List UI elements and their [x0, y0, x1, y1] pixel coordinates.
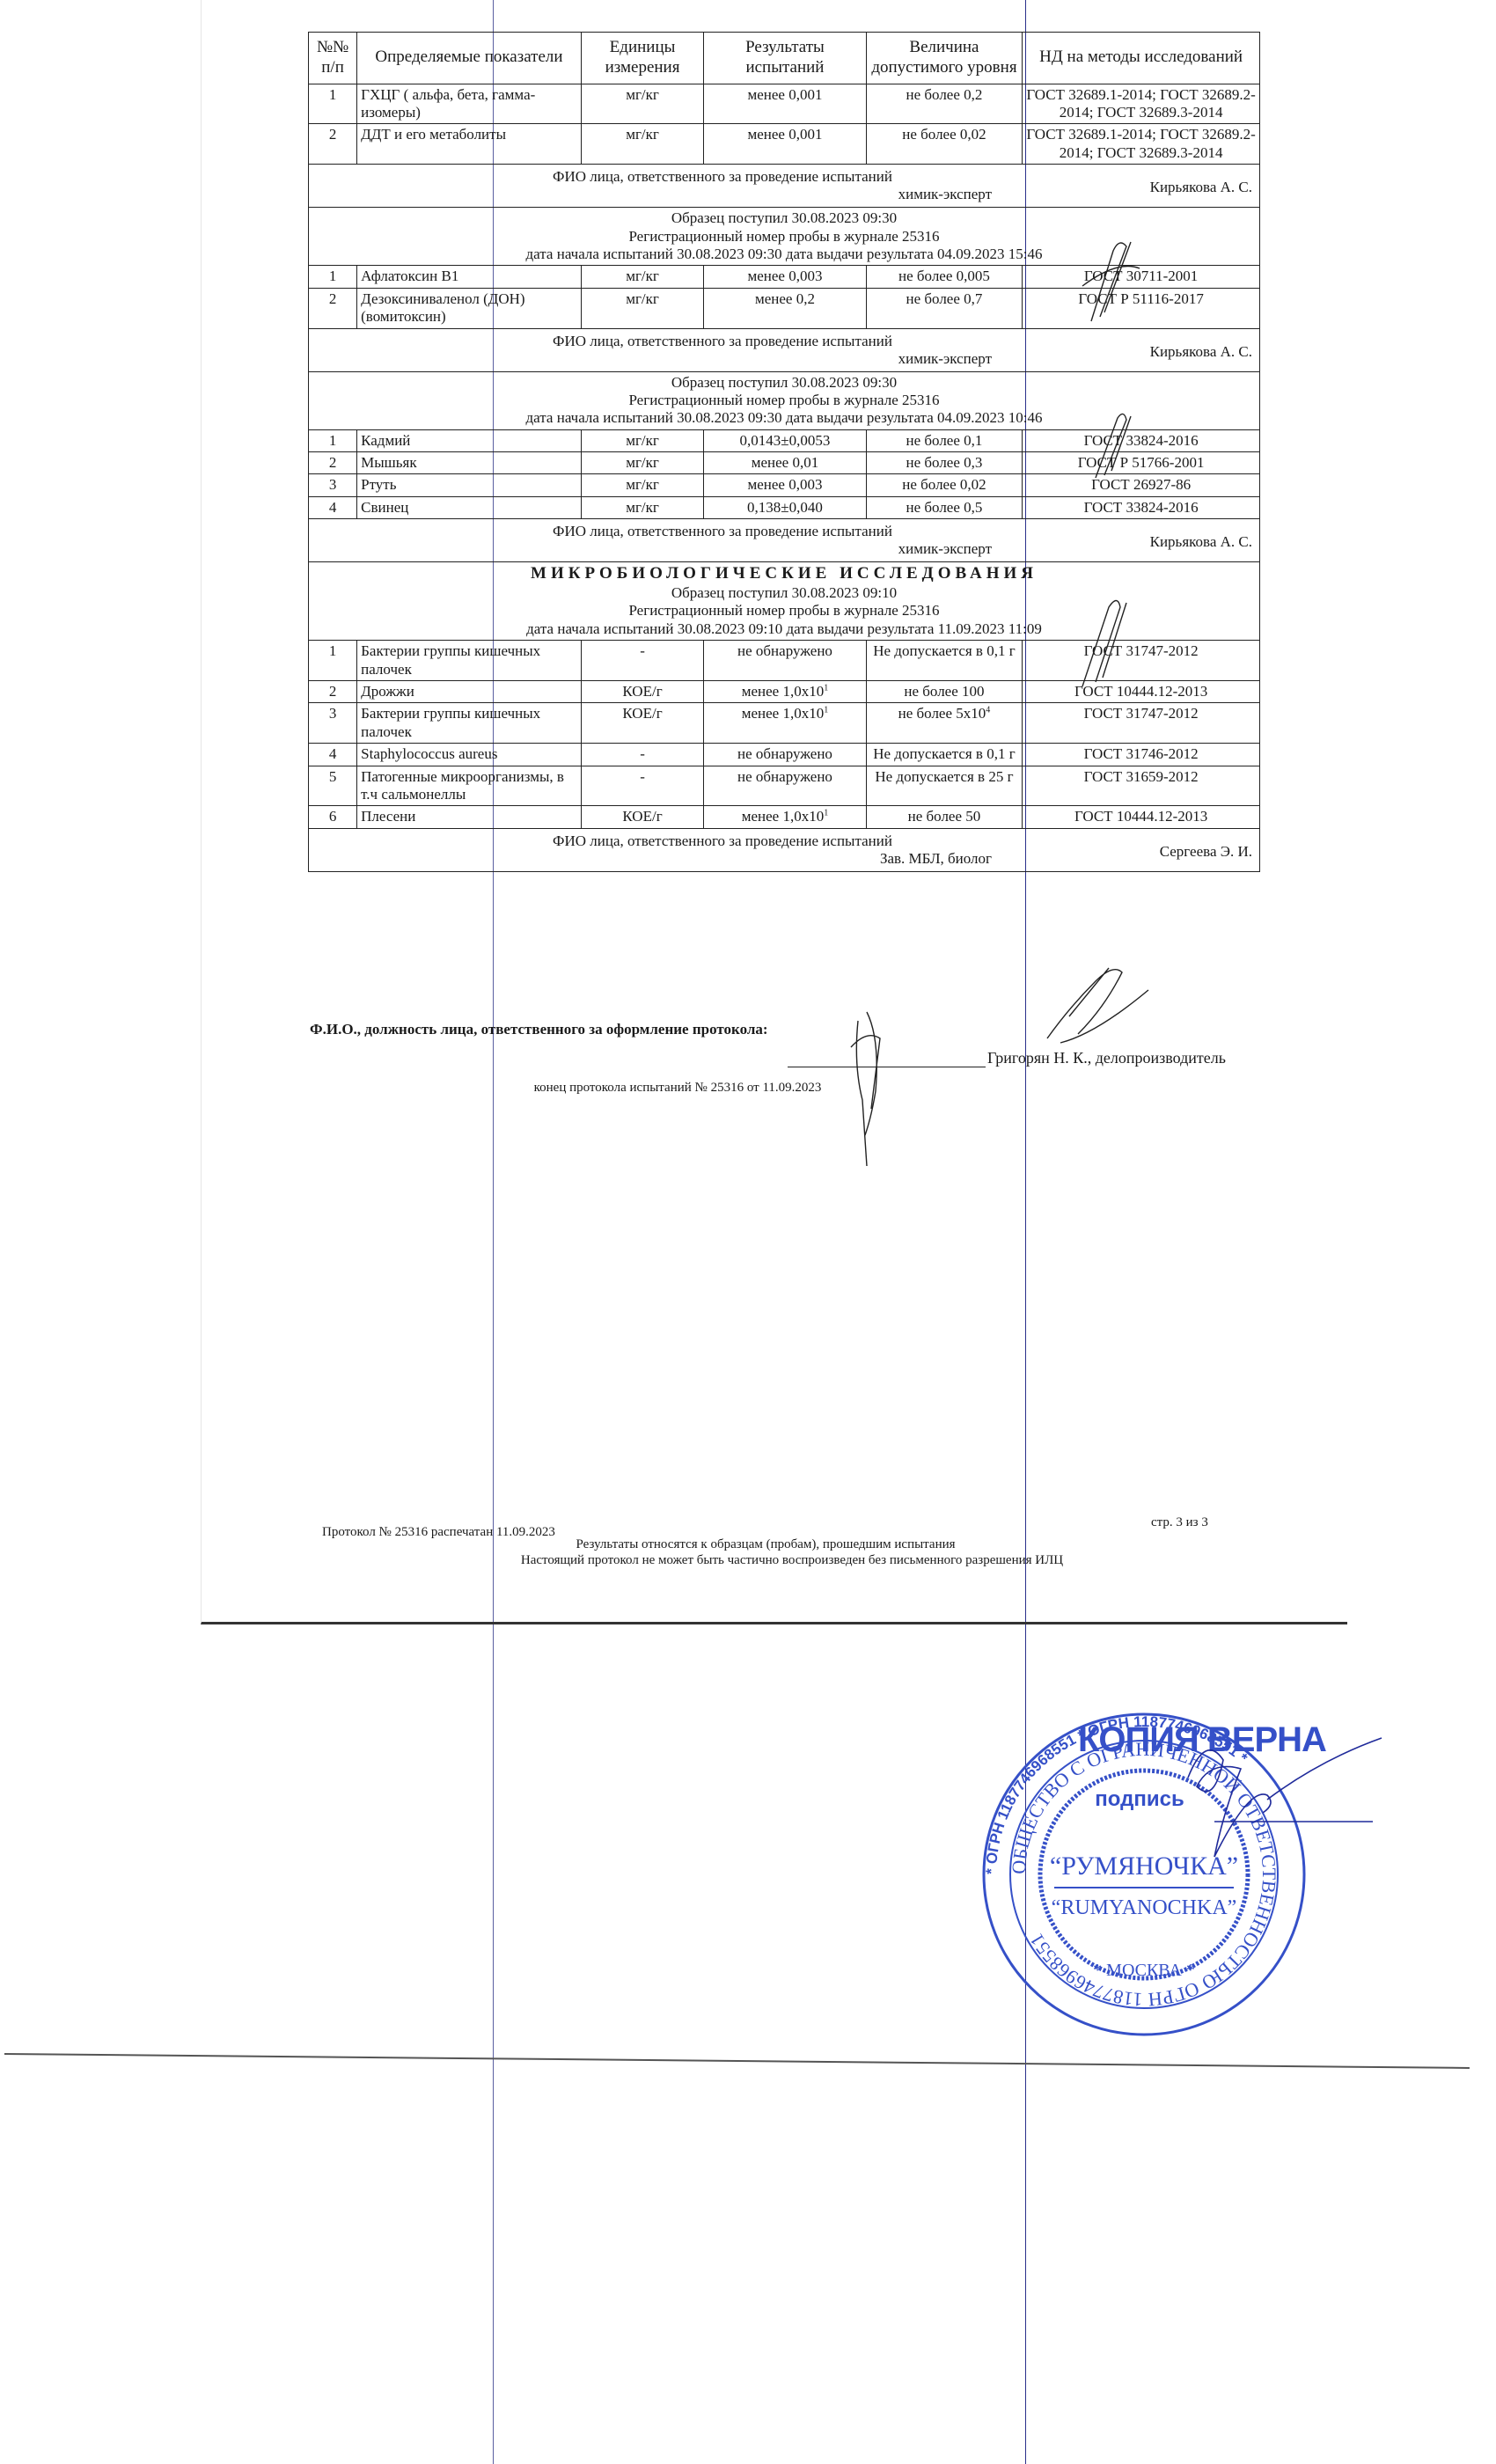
table-row: 3Ртутьмг/кгменее 0,003не более 0,02ГОСТ … — [309, 474, 1260, 496]
row-number: 4 — [309, 496, 357, 518]
responsible-name: Кирьякова А. С. — [1150, 179, 1252, 196]
section-title: МИКРОБИОЛОГИЧЕСКИЕ ИССЛЕДОВАНИЯ — [312, 564, 1256, 584]
row-number: 5 — [309, 766, 357, 806]
permissible-level: Не допускается в 0,1 г — [866, 641, 1022, 681]
test-method: ГОСТ 33824-2016 — [1023, 496, 1260, 518]
permissible-level: не более 0,02 — [866, 474, 1022, 496]
col-header-limit: Величина допустимого уровня — [866, 33, 1022, 84]
col-header-num: №№ п/п — [309, 33, 357, 84]
test-method: ГОСТ 10444.12-2013 — [1023, 806, 1260, 828]
test-method: ГОСТ 31747-2012 — [1023, 703, 1260, 744]
table-row: 4Свинецмг/кг0,138±0,040не более 0,5ГОСТ … — [309, 496, 1260, 518]
test-method: ГОСТ 31746-2012 — [1023, 744, 1260, 766]
unit: мг/кг — [581, 124, 703, 165]
test-result: 0,0143±0,0053 — [704, 429, 867, 451]
parameter-name: Бактерии группы кишечных палочек — [357, 703, 582, 744]
test-result: менее 0,003 — [704, 266, 867, 288]
parameter-name: Бактерии группы кишечных палочек — [357, 641, 582, 681]
parameter-name: Афлатоксин В1 — [357, 266, 582, 288]
col-header-unit: Единицы измерения — [581, 33, 703, 84]
test-method: ГОСТ 10444.12-2013 — [1023, 680, 1260, 702]
test-method: ГОСТ 32689.1-2014; ГОСТ 32689.2-2014; ГО… — [1023, 84, 1260, 124]
test-result: не обнаружено — [704, 744, 867, 766]
svg-text:подпись: подпись — [1095, 1787, 1184, 1811]
table-row: 1Бактерии группы кишечных палочек-не обн… — [309, 641, 1260, 681]
row-number: 1 — [309, 429, 357, 451]
test-method: ГОСТ Р 51116-2017 — [1023, 288, 1260, 328]
permissible-level: не более 0,1 — [866, 429, 1022, 451]
parameter-name: ГХЦГ ( альфа, бета, гамма-изомеры) — [357, 84, 582, 124]
responsible-row: ФИО лица, ответственного за проведение и… — [309, 165, 1260, 208]
signature-line — [788, 1067, 986, 1067]
test-method: ГОСТ 32689.1-2014; ГОСТ 32689.2-2014; ГО… — [1023, 124, 1260, 165]
unit: мг/кг — [581, 288, 703, 328]
unit: - — [581, 766, 703, 806]
parameter-name: Мышьяк — [357, 452, 582, 474]
test-method: ГОСТ Р 51766-2001 — [1023, 452, 1260, 474]
test-result: менее 1,0x101 — [704, 806, 867, 828]
parameter-name: Ртуть — [357, 474, 582, 496]
sample-received: Образец поступил 30.08.2023 09:30 — [312, 209, 1256, 227]
col-header-method: НД на методы исследований — [1023, 33, 1260, 84]
test-method: ГОСТ 31747-2012 — [1023, 641, 1260, 681]
test-dates: дата начала испытаний 30.08.2023 09:30 д… — [312, 409, 1256, 427]
svg-text:* МОСКВА *: * МОСКВА * — [1093, 1961, 1195, 1980]
table-row: 2ДрожжиКОЕ/гменее 1,0x101не более 100ГОС… — [309, 680, 1260, 702]
row-number: 2 — [309, 680, 357, 702]
responsible-name: Кирьякова А. С. — [1150, 533, 1252, 551]
test-result: менее 0,001 — [704, 84, 867, 124]
responsible-label: ФИО лица, ответственного за проведение и… — [312, 832, 1256, 850]
responsible-name: Сергеева Э. И. — [1160, 843, 1252, 861]
compiler-name: Григорян Н. К., делопроизводитель — [987, 1049, 1226, 1067]
registration-number: Регистрационный номер пробы в журнале 25… — [312, 392, 1256, 409]
table-header-row: №№ п/п Определяемые показатели Единицы и… — [309, 33, 1260, 84]
table-row: 5Патогенные микроорганизмы, в т.ч сальмо… — [309, 766, 1260, 806]
test-method: ГОСТ 33824-2016 — [1023, 429, 1260, 451]
table-row: 3Бактерии группы кишечных палочекКОЕ/гме… — [309, 703, 1260, 744]
svg-text:“RUMYANOCHKA”: “RUMYANOCHKA” — [1052, 1896, 1237, 1919]
unit: мг/кг — [581, 496, 703, 518]
test-dates: дата начала испытаний 30.08.2023 09:30 д… — [312, 246, 1256, 263]
responsible-label: ФИО лица, ответственного за проведение и… — [312, 168, 1256, 186]
unit: КОЕ/г — [581, 806, 703, 828]
test-result: 0,138±0,040 — [704, 496, 867, 518]
unit: - — [581, 641, 703, 681]
unit: мг/кг — [581, 266, 703, 288]
permissible-level: Не допускается в 0,1 г — [866, 744, 1022, 766]
row-number: 3 — [309, 474, 357, 496]
unit: КОЕ/г — [581, 703, 703, 744]
permissible-level: не более 0,5 — [866, 496, 1022, 518]
parameter-name: ДДТ и его метаболиты — [357, 124, 582, 165]
registration-number: Регистрационный номер пробы в журнале 25… — [312, 602, 1256, 620]
test-result: менее 1,0x101 — [704, 680, 867, 702]
col-header-parameter: Определяемые показатели — [357, 33, 582, 84]
reproduction-note: Настоящий протокол не может быть частичн… — [0, 1553, 1496, 1568]
test-dates: дата начала испытаний 30.08.2023 09:10 д… — [312, 620, 1256, 638]
parameter-name: Кадмий — [357, 429, 582, 451]
responsible-row: ФИО лица, ответственного за проведение и… — [309, 828, 1260, 871]
unit: мг/кг — [581, 429, 703, 451]
responsible-position: Зав. МБЛ, биолог — [880, 850, 992, 868]
unit: - — [581, 744, 703, 766]
permissible-level: не более 0,005 — [866, 266, 1022, 288]
permissible-level: Не допускается в 25 г — [866, 766, 1022, 806]
responsible-position: химик-эксперт — [898, 540, 992, 558]
row-number: 3 — [309, 703, 357, 744]
test-result: менее 0,003 — [704, 474, 867, 496]
test-result: менее 0,01 — [704, 452, 867, 474]
table-row: 1ГХЦГ ( альфа, бета, гамма-изомеры)мг/кг… — [309, 84, 1260, 124]
test-result: менее 1,0x101 — [704, 703, 867, 744]
sample-info-row: МИКРОБИОЛОГИЧЕСКИЕ ИССЛЕДОВАНИЯОбразец п… — [309, 562, 1260, 641]
results-note: Результаты относятся к образцам (пробам)… — [0, 1537, 1496, 1552]
table-row: 6ПлесениКОЕ/гменее 1,0x101не более 50ГОС… — [309, 806, 1260, 828]
parameter-name: Патогенные микроорганизмы, в т.ч сальмон… — [357, 766, 582, 806]
sample-info-row: Образец поступил 30.08.2023 09:30Регистр… — [309, 371, 1260, 429]
registration-number: Регистрационный номер пробы в журнале 25… — [312, 228, 1256, 246]
row-number: 2 — [309, 452, 357, 474]
table-row: 2ДДТ и его метаболитымг/кгменее 0,001не … — [309, 124, 1260, 165]
compiler-label: Ф.И.О., должность лица, ответственного з… — [310, 1021, 768, 1038]
test-result: менее 0,2 — [704, 288, 867, 328]
permissible-level: не более 100 — [866, 680, 1022, 702]
row-number: 1 — [309, 266, 357, 288]
table-row: 2Мышьякмг/кгменее 0,01не более 0,3ГОСТ Р… — [309, 452, 1260, 474]
test-method: ГОСТ 30711-2001 — [1023, 266, 1260, 288]
responsible-name: Кирьякова А. С. — [1150, 343, 1252, 361]
table-row: 1Афлатоксин В1мг/кгменее 0,003не более 0… — [309, 266, 1260, 288]
certified-copy-stamp: КОПИЯ ВЕРНА — [1078, 1720, 1326, 1760]
sample-info-row: Образец поступил 30.08.2023 09:30Регистр… — [309, 208, 1260, 266]
parameter-name: Дрожжи — [357, 680, 582, 702]
test-result: не обнаружено — [704, 641, 867, 681]
sample-received: Образец поступил 30.08.2023 09:10 — [312, 584, 1256, 602]
permissible-level: не более 0,3 — [866, 452, 1022, 474]
parameter-name: Дезоксиниваленол (ДОН)(вомитоксин) — [357, 288, 582, 328]
responsible-position: химик-эксперт — [898, 350, 992, 368]
table-row: 2Дезоксиниваленол (ДОН)(вомитоксин)мг/кг… — [309, 288, 1260, 328]
parameter-name: Staphylococcus aureus — [357, 744, 582, 766]
row-number: 2 — [309, 124, 357, 165]
page-number: стр. 3 из 3 — [1151, 1515, 1208, 1530]
parameter-name: Свинец — [357, 496, 582, 518]
unit: мг/кг — [581, 452, 703, 474]
responsible-position: химик-эксперт — [898, 186, 992, 203]
responsible-row: ФИО лица, ответственного за проведение и… — [309, 328, 1260, 371]
table-row: 1Кадмиймг/кг0,0143±0,0053не более 0,1ГОС… — [309, 429, 1260, 451]
row-number: 2 — [309, 288, 357, 328]
unit: мг/кг — [581, 474, 703, 496]
results-table: №№ п/п Определяемые показатели Единицы и… — [308, 32, 1260, 872]
row-number: 4 — [309, 744, 357, 766]
test-result: не обнаружено — [704, 766, 867, 806]
col-header-result: Результаты испытаний — [704, 33, 867, 84]
test-result: менее 0,001 — [704, 124, 867, 165]
permissible-level: не более 5x104 — [866, 703, 1022, 744]
row-number: 1 — [309, 641, 357, 681]
test-method: ГОСТ 26927-86 — [1023, 474, 1260, 496]
parameter-name: Плесени — [357, 806, 582, 828]
unit: КОЕ/г — [581, 680, 703, 702]
sample-received: Образец поступил 30.08.2023 09:30 — [312, 374, 1256, 392]
row-number: 6 — [309, 806, 357, 828]
permissible-level: не более 0,7 — [866, 288, 1022, 328]
unit: мг/кг — [581, 84, 703, 124]
permissible-level: не более 0,2 — [866, 84, 1022, 124]
protocol-end-text: конец протокола испытаний № 25316 от 11.… — [0, 1081, 1496, 1096]
permissible-level: не более 0,02 — [866, 124, 1022, 165]
row-number: 1 — [309, 84, 357, 124]
permissible-level: не более 50 — [866, 806, 1022, 828]
table-row: 4Staphylococcus aureus-не обнаруженоНе д… — [309, 744, 1260, 766]
test-method: ГОСТ 31659-2012 — [1023, 766, 1260, 806]
svg-text:“РУМЯНОЧКА”: “РУМЯНОЧКА” — [1050, 1852, 1238, 1881]
lower-page-edge — [4, 2053, 1470, 2069]
responsible-row: ФИО лица, ответственного за проведение и… — [309, 519, 1260, 562]
responsible-label: ФИО лица, ответственного за проведение и… — [312, 333, 1256, 350]
responsible-label: ФИО лица, ответственного за проведение и… — [312, 523, 1256, 540]
